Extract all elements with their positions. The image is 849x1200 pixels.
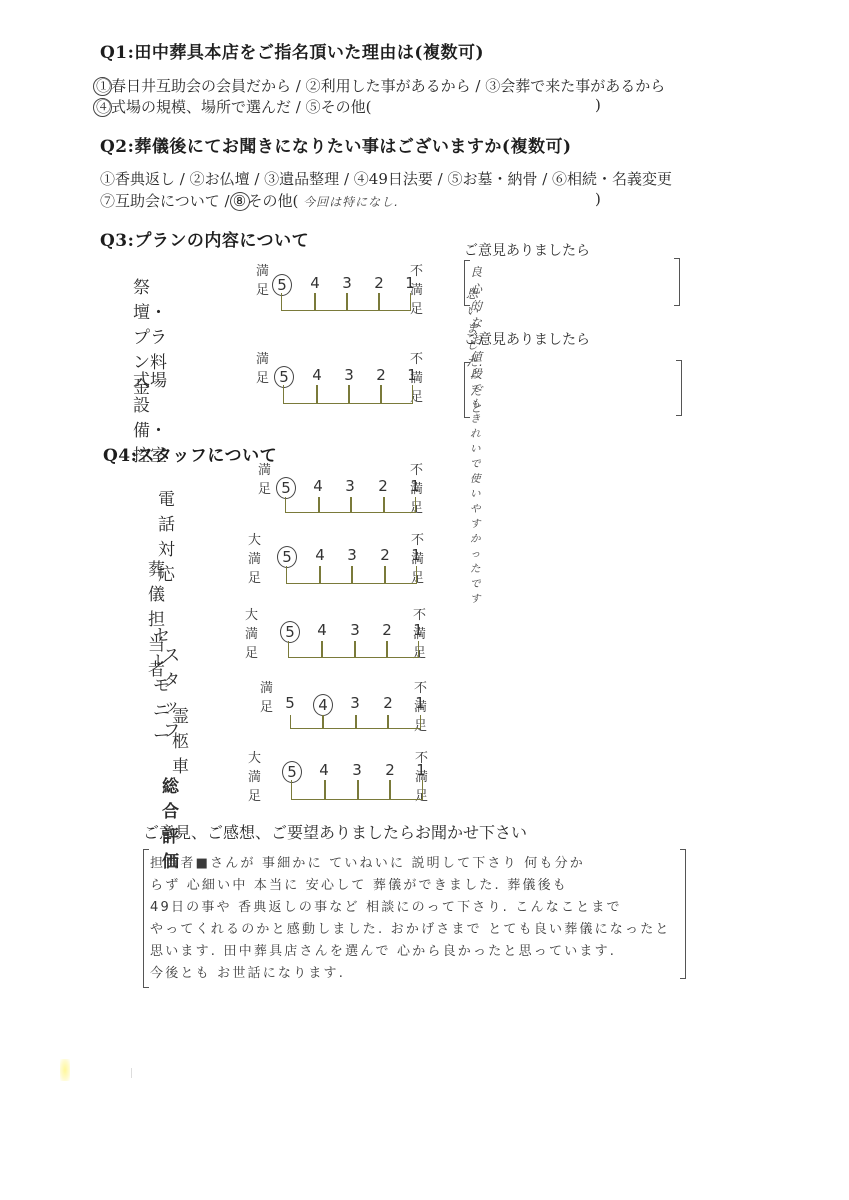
comment-label: ご意見ありましたら xyxy=(464,329,590,349)
rating-3[interactable]: 3 xyxy=(345,694,365,712)
scale-tick xyxy=(350,497,352,512)
scale-high-label: 大満足 xyxy=(245,604,258,661)
scale-tick xyxy=(386,641,388,657)
q2-option-8-label[interactable]: その他( xyxy=(248,192,299,210)
scale-tick xyxy=(324,780,326,799)
scale-tick xyxy=(322,715,324,728)
rating-1[interactable]: 1 xyxy=(402,366,422,384)
scale-tick xyxy=(348,385,350,403)
rating-5-selected[interactable]: 5 xyxy=(280,621,300,643)
scale-tick xyxy=(314,293,316,310)
rating-1[interactable]: 1 xyxy=(405,477,425,495)
rating-3[interactable]: 3 xyxy=(342,546,362,564)
rating-2[interactable]: 2 xyxy=(369,274,389,292)
feedback-text-area[interactable]: 担当者■さんが 事細かに ていねいに 説明して下さり 何も分か らず 心細い中 … xyxy=(150,852,671,984)
rating-4[interactable]: 4 xyxy=(310,546,330,564)
feedback-title: ご意見、ご感想、ご要望ありましたらお聞かせ下さい xyxy=(143,820,527,843)
feedback-line: 担当者■さんが 事細かに ていねいに 説明して下さり 何も分か xyxy=(150,852,671,874)
feedback-line: 思います. 田中葬具店さんを選んで 心から良かったと思っています. xyxy=(150,940,671,962)
feedback-line: らず 心細い中 本当に 安心して 葬儀ができました. 葬儀後も xyxy=(150,874,671,896)
q2-option-7[interactable]: ⑦互助会について / xyxy=(100,192,230,210)
feedback-line: 今後とも お世話になります. xyxy=(150,962,671,984)
scale-tick xyxy=(383,497,385,512)
rating-1[interactable]: 1 xyxy=(400,274,420,292)
rating-5-selected[interactable]: 5 xyxy=(277,546,297,568)
feedback-bracket-left xyxy=(143,849,149,988)
scale-high-label: 満足 xyxy=(258,459,271,497)
scale-tick xyxy=(351,566,353,583)
q2-close-paren: ) xyxy=(595,190,601,208)
scale-tick xyxy=(378,293,380,310)
scale-tick xyxy=(318,497,320,512)
q2-options-line2: ⑦互助会について /⑧その他( 今回は特になし. xyxy=(100,190,399,211)
rating-4[interactable]: 4 xyxy=(307,366,327,384)
q3-title: Q3:プランの内容について xyxy=(100,226,309,251)
rating-2[interactable]: 2 xyxy=(375,546,395,564)
comment-text-line[interactable]: とてもきれいで 使いやすかったです xyxy=(470,366,482,606)
q1-close-paren: ) xyxy=(595,96,601,114)
rating-1[interactable]: 1 xyxy=(410,694,430,712)
rating-2[interactable]: 2 xyxy=(380,761,400,779)
feedback-line: やってくれるのかと感動しました. おかげさまで とても良い葬儀になったと xyxy=(150,918,671,940)
highlighter-mark xyxy=(60,1059,70,1081)
q1-option-4[interactable]: ④式場の規模、場所で選んだ xyxy=(96,98,291,116)
scale-tick xyxy=(384,566,386,583)
rating-5[interactable]: 5 xyxy=(280,694,300,712)
scan-artifact xyxy=(131,1068,132,1078)
scale-tick xyxy=(346,293,348,310)
q1-title: Q1:田中葬具本店をご指名頂いた理由は(複数可) xyxy=(100,38,484,63)
comment-bracket-right xyxy=(674,258,680,306)
q4-item-label: 霊柩車 xyxy=(172,702,189,777)
q2-options-line1[interactable]: ①香典返し / ②お仏壇 / ③遺品整理 / ④49日法要 / ⑤お墓・納骨 /… xyxy=(100,168,672,189)
rating-3[interactable]: 3 xyxy=(345,621,365,639)
q2-other-answer[interactable]: 今回は特になし. xyxy=(303,195,399,209)
rating-1[interactable]: 1 xyxy=(411,761,431,779)
feedback-line: 49日の事や 香典返しの事など 相談にのって下さり. こんなことまで xyxy=(150,896,671,918)
scale-tick xyxy=(319,566,321,583)
q2-option-8-circled[interactable]: ⑧ xyxy=(230,192,250,211)
comment-bracket-right xyxy=(676,360,682,416)
rating-2[interactable]: 2 xyxy=(377,621,397,639)
scale-high-label: 満足 xyxy=(256,348,269,386)
scale-high-label: 満足 xyxy=(260,677,273,715)
scale-high-label: 大満足 xyxy=(248,529,261,586)
rating-1[interactable]: 1 xyxy=(408,621,428,639)
comment-label: ご意見ありましたら xyxy=(464,240,590,260)
feedback-bracket-right xyxy=(680,849,686,979)
q1-option-1[interactable]: ①春日井互助会の会員だから xyxy=(96,77,291,95)
scale-tick xyxy=(380,385,382,403)
rating-4[interactable]: 4 xyxy=(308,477,328,495)
rating-3[interactable]: 3 xyxy=(337,274,357,292)
rating-3[interactable]: 3 xyxy=(339,366,359,384)
rating-4-selected[interactable]: 4 xyxy=(313,694,333,716)
scale-tick xyxy=(389,780,391,799)
comment-text-line[interactable]: 思いました. xyxy=(466,285,484,370)
scale-tick xyxy=(316,385,318,403)
rating-1[interactable]: 1 xyxy=(406,546,426,564)
scale-tick xyxy=(357,780,359,799)
scale-tick xyxy=(354,641,356,657)
rating-3[interactable]: 3 xyxy=(347,761,367,779)
q1-option-3[interactable]: ③会葬で来た事があるから xyxy=(485,77,665,95)
q4-title: Q4:スタッフについて xyxy=(103,441,277,466)
rating-3[interactable]: 3 xyxy=(340,477,360,495)
rating-2[interactable]: 2 xyxy=(378,694,398,712)
rating-5-selected[interactable]: 5 xyxy=(276,477,296,499)
q1-option-2[interactable]: ②利用した事があるから xyxy=(306,77,471,95)
scale-tick xyxy=(321,641,323,657)
rating-4[interactable]: 4 xyxy=(312,621,332,639)
rating-2[interactable]: 2 xyxy=(373,477,393,495)
rating-4[interactable]: 4 xyxy=(305,274,325,292)
rating-2[interactable]: 2 xyxy=(371,366,391,384)
rating-4[interactable]: 4 xyxy=(314,761,334,779)
scale-high-label: 大満足 xyxy=(248,747,261,804)
scale-high-label: 満足 xyxy=(256,260,269,298)
scale-tick xyxy=(355,715,357,728)
q1-options-line2: ​④式場の規模、場所で選んだ / ⑤その他( xyxy=(96,96,371,117)
q2-title: Q2:葬儀後にてお聞きになりたい事はございますか(複数可) xyxy=(100,132,572,157)
q1-options-line1: ​①春日井互助会の会員だから / ②利用した事があるから / ③会葬で来た事があ… xyxy=(96,75,665,96)
q1-option-5[interactable]: ⑤その他( xyxy=(306,98,372,116)
scale-tick xyxy=(387,715,389,728)
